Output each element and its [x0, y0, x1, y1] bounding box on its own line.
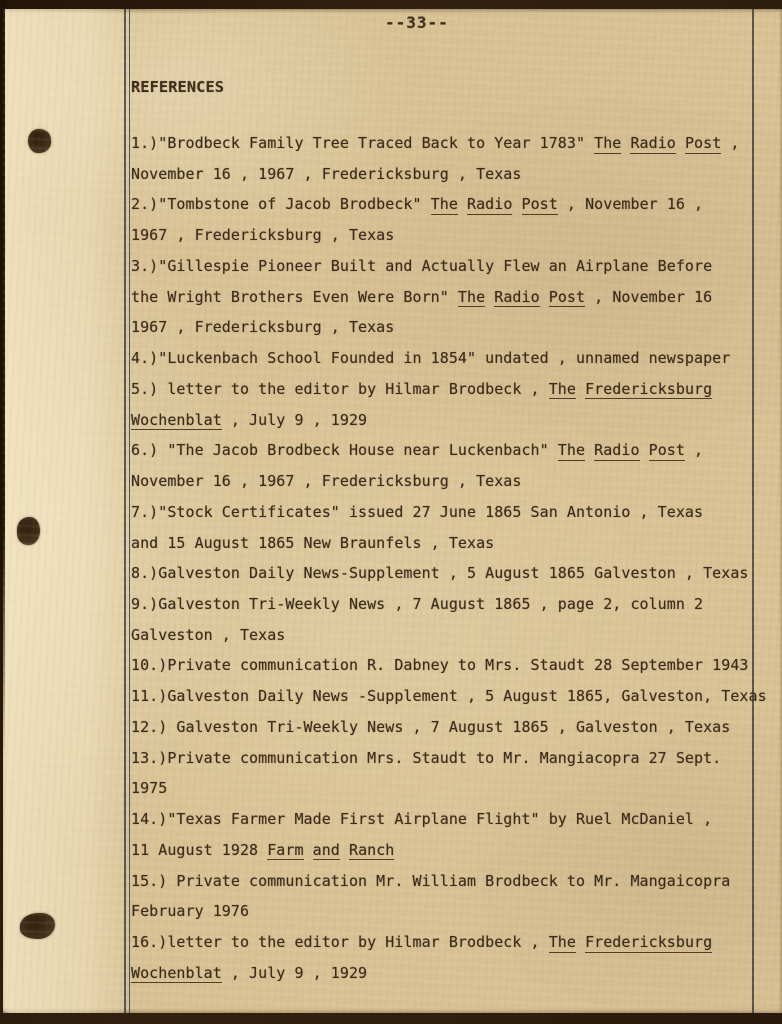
underlined-title-word: Radio [467, 195, 512, 215]
underlined-title-word: The [558, 441, 585, 461]
underlined-title-word: Wochenblat [131, 411, 222, 431]
reference-line: November 16 , 1967 , Fredericksburg , Te… [131, 159, 771, 190]
reference-line: 7.)"Stock Certificates" issued 27 June 1… [131, 497, 771, 528]
page-number: --33-- [385, 13, 449, 32]
underlined-title-word: Post [549, 288, 585, 308]
hole-punch-top [28, 129, 51, 153]
reference-line: 1967 , Fredericksburg , Texas [131, 312, 771, 343]
reference-line: 1.)"Brodbeck Family Tree Traced Back to … [131, 128, 771, 159]
underlined-title-word: The [458, 288, 485, 308]
reference-line: 6.) "The Jacob Brodbeck House near Lucke… [131, 435, 771, 466]
margin-rule-left-outer [124, 9, 126, 1013]
reference-line: November 16 , 1967 , Fredericksburg , Te… [131, 466, 771, 497]
reference-line: Galveston , Texas [131, 620, 771, 651]
underlined-title-word: The [431, 195, 458, 215]
reference-line: 14.)"Texas Farmer Made First Airplane Fl… [131, 804, 771, 835]
underlined-title-word: and [313, 841, 340, 861]
reference-line: 5.) letter to the editor by Hilmar Brodb… [131, 374, 771, 405]
reference-line: 15.) Private communication Mr. William B… [131, 866, 771, 897]
underlined-title-word: Radio [630, 134, 675, 154]
underlined-title-word: Farm [267, 841, 303, 861]
underlined-title-word: Fredericksburg [585, 380, 712, 400]
reference-line: 13.)Private communication Mrs. Staudt to… [131, 743, 771, 774]
reference-line: the Wright Brothers Even Were Born" The … [131, 282, 771, 313]
underlined-title-word: The [549, 380, 576, 400]
reference-line: 8.)Galveston Daily News-Supplement , 5 A… [131, 558, 771, 589]
underlined-title-word: Radio [594, 441, 639, 461]
underlined-title-word: Fredericksburg [585, 933, 712, 953]
reference-line: 11.)Galveston Daily News -Supplement , 5… [131, 681, 771, 712]
reference-line: 10.)Private communication R. Dabney to M… [131, 650, 771, 681]
hole-punch-middle [17, 517, 40, 545]
binding-margin [3, 9, 124, 1013]
reference-list: 1.)"Brodbeck Family Tree Traced Back to … [131, 128, 771, 989]
reference-line: 16.)letter to the editor by Hilmar Brodb… [131, 927, 771, 958]
reference-line: 1967 , Fredericksburg , Texas [131, 220, 771, 251]
underlined-title-word: Post [649, 441, 685, 461]
references-heading: REFERENCES [131, 78, 224, 96]
reference-line: 12.) Galveston Tri-Weekly News , 7 Augus… [131, 712, 771, 743]
reference-line: 9.)Galveston Tri-Weekly News , 7 August … [131, 589, 771, 620]
underlined-title-word: Radio [494, 288, 539, 308]
reference-line: February 1976 [131, 896, 771, 927]
underlined-title-word: Post [522, 195, 558, 215]
paper-sheet: --33-- REFERENCES 1.)"Brodbeck Family Tr… [3, 9, 782, 1013]
underlined-title-word: Wochenblat [131, 964, 222, 984]
reference-line: 3.)"Gillespie Pioneer Built and Actually… [131, 251, 771, 282]
reference-line: 1975 [131, 773, 771, 804]
reference-line: Wochenblat , July 9 , 1929 [131, 958, 771, 989]
reference-line: 11 August 1928 Farm and Ranch [131, 835, 771, 866]
document-scan: { "page": { "page_number": "--33--", "he… [0, 0, 782, 1024]
underlined-title-word: The [549, 933, 576, 953]
underlined-title-word: Post [685, 134, 721, 154]
reference-line: 4.)"Luckenbach School Founded in 1854" u… [131, 343, 771, 374]
underlined-title-word: The [594, 134, 621, 154]
reference-line: and 15 August 1865 New Braunfels , Texas [131, 528, 771, 559]
underlined-title-word: Ranch [349, 841, 394, 861]
reference-line: Wochenblat , July 9 , 1929 [131, 405, 771, 436]
reference-line: 2.)"Tombstone of Jacob Brodbeck" The Rad… [131, 189, 771, 220]
scan-edge-shadow [0, 0, 5, 760]
